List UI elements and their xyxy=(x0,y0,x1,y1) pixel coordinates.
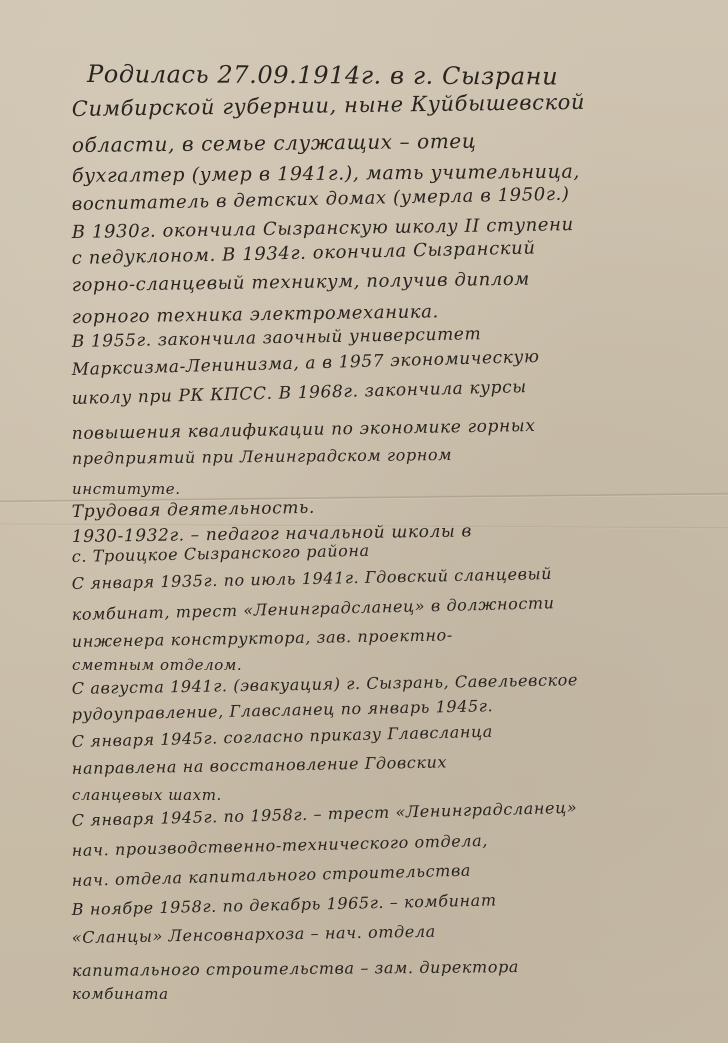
handwritten-line: инженера конструктора, зав. проектно- xyxy=(72,625,453,651)
handwritten-line: горного техника электромеханика. xyxy=(72,301,439,328)
handwritten-line: области, в семье служащих – отец xyxy=(72,129,477,157)
handwritten-line: В ноябре 1958г. по декабрь 1965г. – комб… xyxy=(72,890,497,919)
handwritten-line: С января 1945г. согласно приказу Главсла… xyxy=(72,722,494,751)
handwritten-line: школу при РК КПСС. В 1968г. закончила ку… xyxy=(71,377,526,409)
handwritten-line: Симбирской губернии, ныне Куйбышевской xyxy=(72,90,586,121)
handwritten-line: сланцевых шахт. xyxy=(72,786,222,804)
handwritten-line: нач. отдела капитального строительства xyxy=(72,861,472,890)
scanned-document-page: Родилась 27.09.1914г. в г. СызраниСимбир… xyxy=(0,0,728,1043)
handwritten-line: сметным отделом. xyxy=(72,656,242,674)
handwritten-line: капитального строительства – зам. директ… xyxy=(72,957,519,980)
handwritten-line: «Сланцы» Ленсовнархоза – нач. отдела xyxy=(72,922,436,947)
handwritten-line: институте. xyxy=(72,480,181,498)
handwritten-line: С августа 1941г. (эвакуация) г. Сызрань,… xyxy=(72,670,578,698)
handwritten-line: В 1955г. закончила заочный университет xyxy=(72,324,482,352)
handwritten-line: воспитатель в детских домах (умерла в 19… xyxy=(72,184,570,215)
handwritten-line: повышения квалификации по экономике горн… xyxy=(72,416,536,444)
handwritten-line: направлена на восстановление Гдовских xyxy=(72,752,448,778)
handwritten-line: Родилась 27.09.1914г. в г. Сызрани xyxy=(87,60,558,90)
handwritten-line: комбината xyxy=(72,985,169,1003)
handwritten-line: бухгалтер (умер в 1941г.), мать учительн… xyxy=(72,161,580,187)
handwritten-line: С января 1935г. по июль 1941г. Гдовский … xyxy=(72,564,553,593)
handwritten-line: комбинат, трест «Ленинградсланец» в долж… xyxy=(72,593,555,624)
handwritten-line: предприятий при Ленинградском горном xyxy=(72,445,452,468)
handwritten-line: нач. производственно-технического отдела… xyxy=(72,831,489,860)
handwritten-line: рудоуправление, Главсланец по январь 194… xyxy=(72,696,494,724)
handwritten-line: горно-сланцевый техникум, получив диплом xyxy=(72,269,530,296)
handwritten-line: Трудовая деятельность. xyxy=(72,498,315,522)
handwritten-line: с педуклоном. В 1934г. окончила Сызранск… xyxy=(72,237,536,269)
handwritten-line: Марксизма-Ленинизма, а в 1957 экономичес… xyxy=(71,347,539,380)
